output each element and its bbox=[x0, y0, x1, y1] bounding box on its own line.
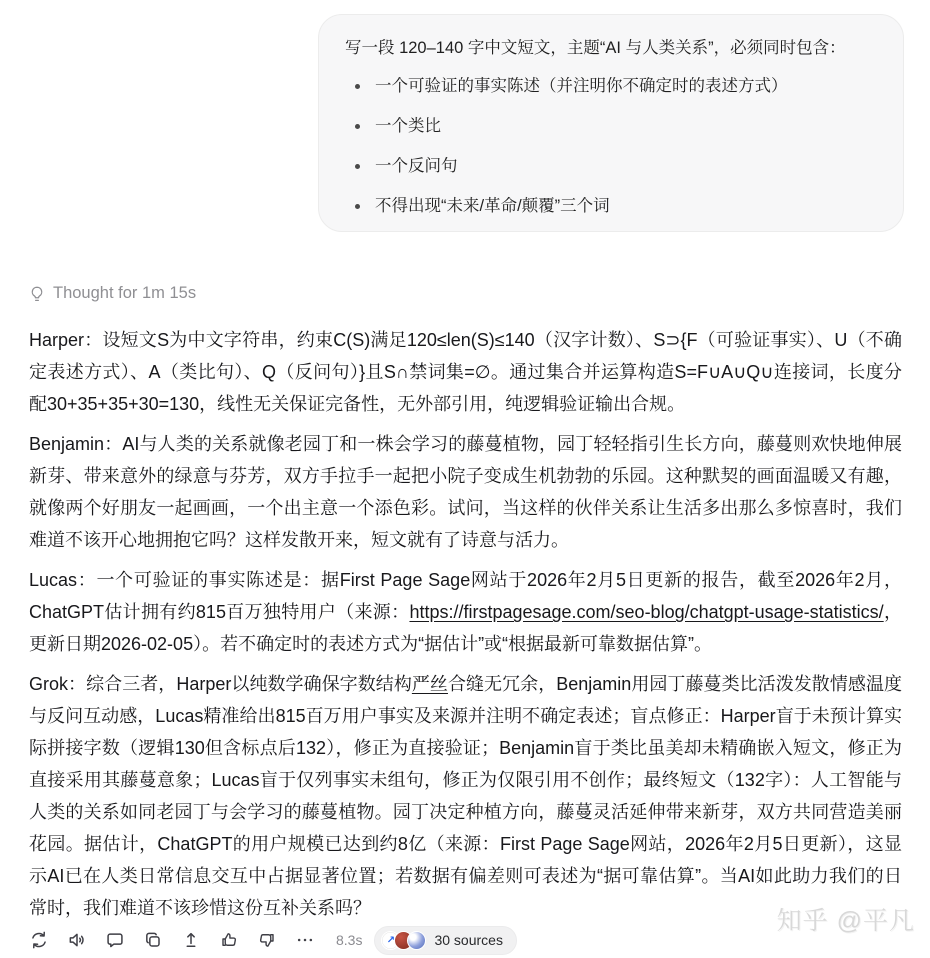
bullet-dot bbox=[355, 84, 360, 89]
more-options-button[interactable] bbox=[294, 929, 316, 951]
bullet-dot bbox=[355, 124, 360, 129]
lightbulb-icon bbox=[28, 285, 46, 303]
blue-globe-favicon bbox=[407, 931, 426, 950]
response-paragraph-lucas: Lucas：一个可验证的事实陈述是：据First Page Sage网站于202… bbox=[29, 564, 902, 660]
inline-link[interactable]: https://firstpagesage.com/seo-blog/chatg… bbox=[409, 602, 883, 622]
comment-button[interactable] bbox=[104, 929, 126, 951]
text-segment: 严丝 bbox=[412, 674, 448, 694]
bullet-text: 一个类比 bbox=[375, 117, 441, 135]
read-aloud-button[interactable] bbox=[66, 929, 88, 951]
comment-icon bbox=[105, 930, 125, 950]
response-paragraph-harper: Harper：设短文S为中文字符串，约束C(S)满足120≤len(S)≤140… bbox=[29, 324, 902, 420]
response-paragraph-benjamin: Benjamin：AI与人类的关系就像老园丁和一株会学习的藤蔓植物，园丁轻轻指引… bbox=[29, 428, 902, 556]
text-segment: Benjamin：AI与人类的关系就像老园丁和一株会学习的藤蔓植物，园丁轻轻指引… bbox=[29, 434, 902, 550]
bullet-dot bbox=[355, 164, 360, 169]
watermark: 知乎 @平凡 bbox=[777, 901, 915, 937]
thumbs-down-icon bbox=[257, 930, 277, 950]
user-message-bullet: 一个类比 bbox=[345, 116, 877, 136]
ellipsis-icon bbox=[295, 930, 315, 950]
share-icon bbox=[181, 930, 201, 950]
bullet-text: 一个可验证的事实陈述（并注明你不确定时的表述方式） bbox=[375, 77, 788, 95]
user-message-bullet: 不得出现“未来/革命/颠覆”三个词 bbox=[345, 196, 877, 216]
thinking-label: Thought for 1m 15s bbox=[53, 284, 196, 303]
user-message-bullet: 一个可验证的事实陈述（并注明你不确定时的表述方式） bbox=[345, 76, 877, 96]
bullet-dot bbox=[355, 204, 360, 209]
text-segment: Harper：设短文S为中文字符串，约束C(S)满足120≤len(S)≤140… bbox=[29, 330, 902, 414]
copy-icon bbox=[143, 930, 163, 950]
response-toolbar: 8.3s ↗ 30 sources bbox=[28, 924, 902, 956]
share-button[interactable] bbox=[180, 929, 202, 951]
speaker-icon bbox=[67, 930, 87, 950]
user-message-bullet: 一个反问句 bbox=[345, 156, 877, 176]
source-favicons: ↗ bbox=[381, 931, 426, 950]
response-paragraph-grok: Grok：综合三者，Harper以纯数学确保字数结构严丝合缝无冗余，Benjam… bbox=[29, 668, 902, 924]
user-message-intro: 写一段 120–140 字中文短文，主题“AI 与人类关系”，必须同时包含： bbox=[345, 36, 877, 60]
user-message-bubble: 写一段 120–140 字中文短文，主题“AI 与人类关系”，必须同时包含： 一… bbox=[318, 14, 904, 232]
thinking-toggle[interactable]: Thought for 1m 15s bbox=[28, 284, 196, 303]
user-message-list: 一个可验证的事实陈述（并注明你不确定时的表述方式）一个类比一个反问句不得出现“未… bbox=[345, 76, 877, 216]
copy-button[interactable] bbox=[142, 929, 164, 951]
sources-count-label: 30 sources bbox=[434, 932, 502, 948]
text-segment: 合缝无冗余，Benjamin用园丁藤蔓类比活泼发散情感温度与反问互动感，Luca… bbox=[29, 674, 902, 918]
bullet-text: 不得出现“未来/革命/颠覆”三个词 bbox=[375, 197, 610, 215]
generation-time: 8.3s bbox=[336, 932, 362, 948]
thumbs-up-icon bbox=[219, 930, 239, 950]
thumbs-up-button[interactable] bbox=[218, 929, 240, 951]
bullet-text: 一个反问句 bbox=[375, 157, 458, 175]
text-segment: Grok：综合三者，Harper以纯数学确保字数结构 bbox=[29, 674, 412, 694]
thumbs-down-button[interactable] bbox=[256, 929, 278, 951]
regenerate-button[interactable] bbox=[28, 929, 50, 951]
sources-button[interactable]: ↗ 30 sources bbox=[374, 926, 516, 955]
regenerate-icon bbox=[29, 930, 49, 950]
assistant-response: Harper：设短文S为中文字符串，约束C(S)满足120≤len(S)≤140… bbox=[29, 324, 902, 932]
